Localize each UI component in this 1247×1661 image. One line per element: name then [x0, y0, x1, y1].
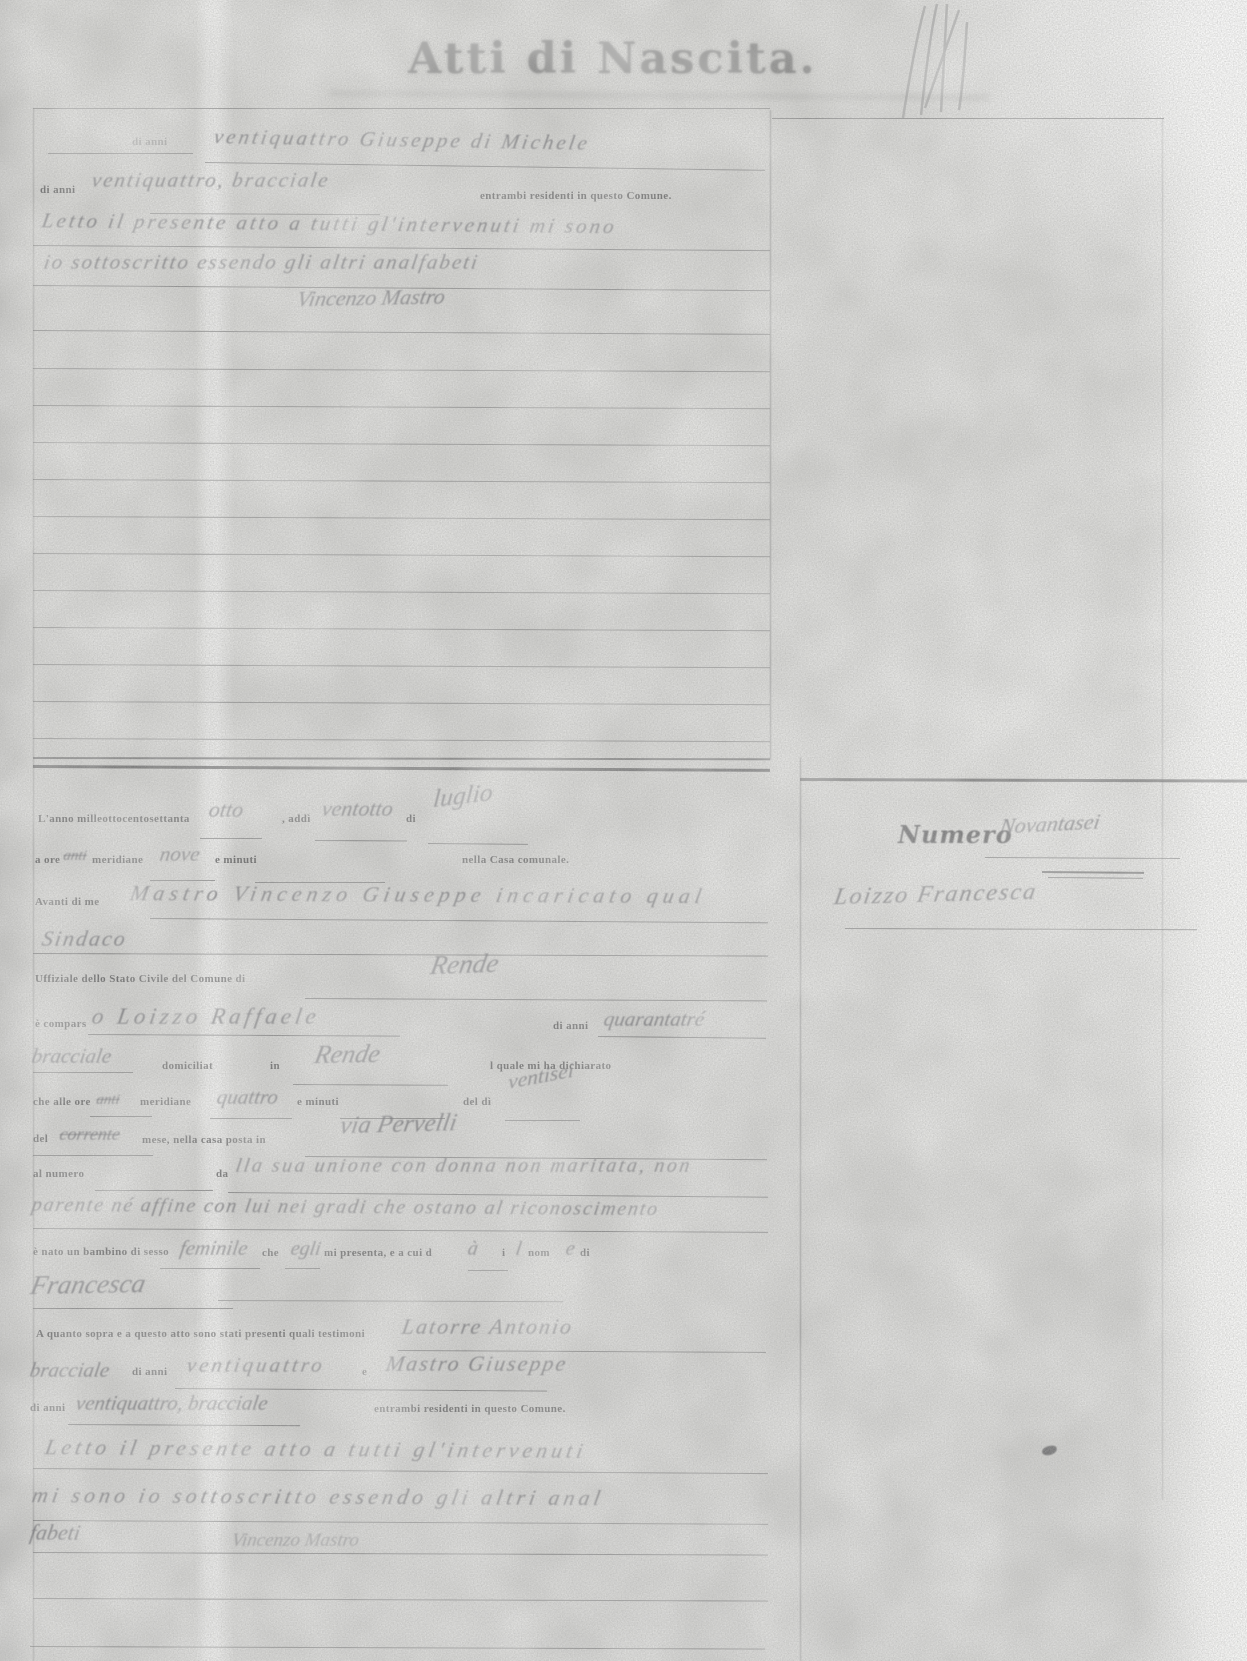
ruled-line	[315, 840, 407, 841]
form-label: nella Casa comunale.	[462, 854, 569, 866]
handwritten-title: Sindaco	[40, 926, 129, 952]
form-label: di anni	[132, 1366, 168, 1378]
ruled-line	[33, 1520, 768, 1525]
border-line	[770, 110, 771, 760]
handwritten-closing: fabeti	[28, 1520, 82, 1546]
form-label: A quanto sopra e a questo atto sono stat…	[36, 1328, 365, 1340]
ruled-line	[33, 1552, 768, 1556]
ruled-line	[30, 1646, 765, 1650]
ruled-line	[33, 553, 770, 557]
ruled-line	[48, 153, 193, 154]
handwritten-month: luglio	[432, 779, 494, 814]
handwritten-month-ref: corrente	[58, 1124, 122, 1145]
ruled-line	[33, 590, 770, 594]
handwritten-occupation: bracciale	[30, 1044, 113, 1069]
form-label: è nato un bambino di sesso	[33, 1246, 169, 1258]
form-label: al numero	[33, 1168, 84, 1180]
ruled-line	[210, 1118, 292, 1119]
handwritten-witness-name: Mastro Giuseppe	[384, 1351, 569, 1377]
form-label: che	[262, 1247, 279, 1259]
ruled-line	[505, 1120, 580, 1121]
ink-speck	[1041, 1445, 1058, 1457]
official-signature: Vincenzo Mastro	[230, 1530, 361, 1552]
handwritten-letter: l	[514, 1238, 523, 1261]
ruled-line	[845, 928, 1197, 930]
form-label: nom	[528, 1247, 550, 1259]
form-label: domiciliat	[162, 1060, 213, 1072]
form-label: i	[502, 1247, 505, 1259]
handwritten-child-name: Francesca	[28, 1268, 148, 1301]
ruled-line	[33, 1308, 233, 1309]
ruled-line	[33, 368, 770, 372]
form-label: meridiane	[92, 854, 143, 866]
form-label: entrambi residenti in questo Comune.	[480, 190, 672, 202]
form-label: meridiane	[140, 1096, 191, 1108]
handwritten-declaration: lla sua unione con donna non maritata, n…	[234, 1155, 694, 1178]
ruled-line	[90, 1116, 152, 1117]
handwritten-hour: nove	[158, 842, 202, 867]
title-underline-smudge	[330, 91, 990, 101]
handwritten-witness-name: Latorre Antonio	[400, 1314, 575, 1340]
form-label: del	[33, 1133, 48, 1145]
border-line	[33, 108, 34, 1661]
form-label: è compars	[35, 1018, 87, 1030]
form-label: che alle ore	[33, 1096, 91, 1108]
handwritten-letter: e	[564, 1238, 577, 1261]
border-line	[800, 757, 801, 1661]
ruled-line	[33, 757, 770, 760]
ruled-line	[88, 1034, 400, 1037]
handwritten-word: egli	[289, 1238, 323, 1261]
numero-label: Numero	[898, 820, 1013, 849]
handwritten-text: ventiquattro Giuseppe di Michele	[212, 124, 592, 156]
handwritten-declaration: parente né affine con lui nei gradi che …	[30, 1194, 661, 1221]
ruled-line	[33, 664, 770, 668]
form-label: di anni	[132, 136, 168, 148]
form-label: e minuti	[297, 1096, 339, 1108]
form-label: L'anno milleottocentosettanta	[38, 813, 190, 825]
ruled-line	[33, 1072, 133, 1073]
form-label: Avanti di me	[35, 896, 99, 908]
handwritten-age: ventiquattro	[185, 1353, 327, 1378]
form-label: di anni	[40, 184, 76, 196]
pen-scribble-marks	[855, 0, 1035, 130]
ruled-line	[33, 738, 770, 742]
ruled-line	[33, 479, 770, 483]
handwritten-meridian: anti	[95, 1092, 121, 1109]
ruled-line	[33, 1228, 768, 1233]
form-label: da	[216, 1168, 228, 1180]
page-title: Atti di Nascita.	[408, 34, 828, 84]
ruled-line	[33, 765, 770, 772]
ruled-line	[33, 1155, 153, 1156]
form-label: , addì	[282, 813, 311, 825]
ruled-line	[800, 778, 1247, 783]
ruled-line	[33, 627, 770, 631]
ruled-line	[160, 1268, 260, 1269]
form-label: a ore	[35, 854, 60, 866]
form-label: di anni	[30, 1402, 66, 1414]
ruled-line	[428, 843, 528, 845]
handwritten-text: Letto il presente atto a tutti gl'interv…	[40, 208, 619, 239]
ruled-line	[33, 405, 770, 409]
ruled-line	[200, 838, 262, 839]
official-signature: Vincenzo Mastro	[295, 283, 447, 312]
form-label: di anni	[553, 1020, 589, 1032]
handwritten-age: quarantatré	[602, 1007, 706, 1032]
handwritten-hour: quattro	[215, 1085, 280, 1110]
ruled-line	[33, 516, 770, 520]
ruled-line	[218, 1300, 563, 1302]
ruled-line	[33, 330, 770, 335]
ruled-line	[293, 1084, 448, 1086]
form-label: di	[580, 1247, 590, 1259]
handwritten-text: io sottoscritto essendo gli altri analfa…	[42, 250, 481, 275]
ruled-line	[285, 1268, 320, 1269]
form-label: in	[270, 1060, 280, 1072]
handwritten-occupation: bracciale	[28, 1358, 111, 1383]
form-label: del dì	[463, 1096, 491, 1108]
ruled-line	[95, 1190, 213, 1191]
handwritten-sex: feminile	[178, 1236, 250, 1261]
ruled-line	[33, 442, 770, 446]
ruled-line	[33, 953, 768, 957]
ruled-line	[985, 857, 1180, 859]
handwritten-letter: à	[466, 1238, 480, 1261]
birth-record-scan: Atti di Nascita. di anni ventiquattro Gi…	[0, 0, 1247, 1661]
handwritten-margin-name: Loizzo Francesca	[832, 879, 1039, 911]
handwritten-meridian: anti	[62, 848, 88, 865]
handwritten-day: ventotto	[320, 796, 395, 822]
border-line	[1162, 118, 1163, 1500]
handwritten-year: otto	[207, 797, 245, 823]
handwritten-age-occupation: ventiquattro, bracciale	[74, 1391, 270, 1416]
form-label: Uffiziale dello Stato Civile del Comune …	[35, 973, 246, 985]
handwritten-declarant-name: o Loizzo Raffaele	[90, 1004, 322, 1030]
ruled-line	[68, 1424, 300, 1426]
handwritten-text: ventiquattro, bracciale	[90, 168, 332, 193]
ruled-line	[1048, 877, 1143, 879]
ruled-line	[305, 998, 767, 1001]
ruled-line	[150, 918, 768, 923]
ruled-line	[33, 1468, 768, 1474]
ruled-line	[598, 1036, 766, 1039]
form-label: mi presenta, e a cui d	[324, 1247, 432, 1259]
ruled-line	[468, 1270, 508, 1271]
ruled-line	[1042, 871, 1144, 874]
handwritten-closing: mi sono io sottoscritto essendo gli altr…	[30, 1482, 606, 1511]
form-label: e minuti	[215, 854, 257, 866]
ruled-line	[33, 1598, 768, 1602]
form-label: di	[406, 813, 416, 825]
handwritten-domicile: Rende	[312, 1039, 383, 1070]
handwritten-comune: Rende	[428, 948, 501, 981]
form-label: e	[362, 1366, 367, 1378]
ruled-line	[33, 108, 770, 109]
handwritten-official-name: Mastro Vincenzo Giuseppe incaricato qual	[128, 880, 709, 909]
handwritten-address: via Pervelli	[338, 1109, 459, 1140]
form-label: mese, nella casa posta in	[142, 1134, 266, 1146]
handwritten-closing: Letto il presente atto a tutti gl'interv…	[43, 1434, 589, 1464]
ruled-line	[772, 118, 1164, 119]
form-label: entrambi residenti in questo Comune.	[374, 1403, 566, 1415]
handwritten-numero-value: Novantasei	[998, 809, 1102, 840]
ruled-line	[33, 701, 770, 705]
